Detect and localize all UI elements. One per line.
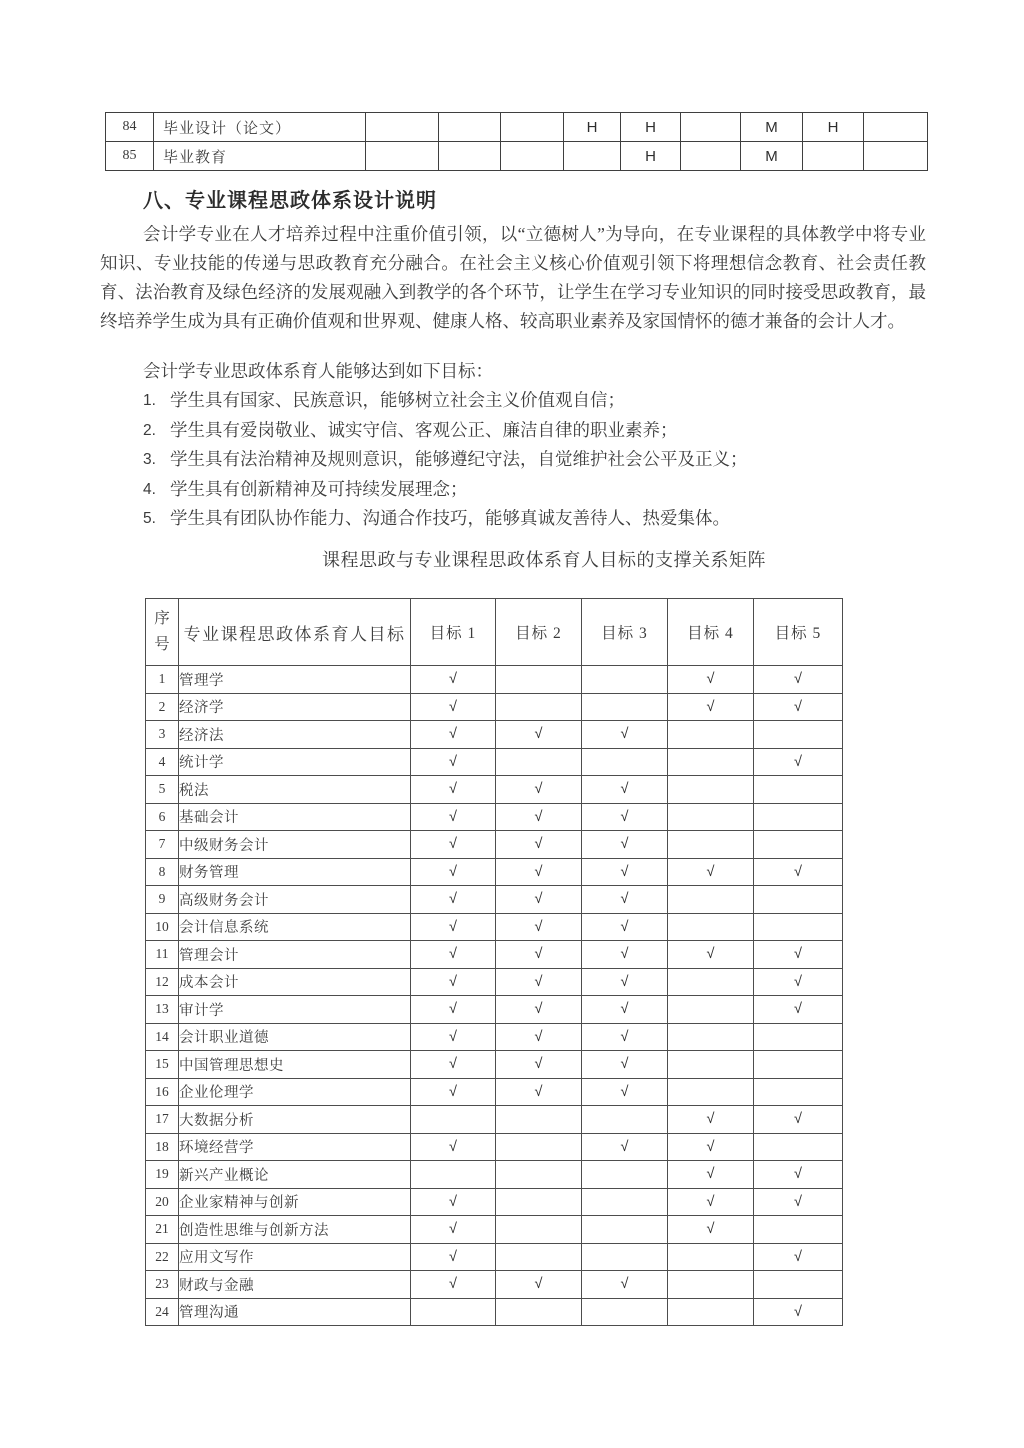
goal-check-cell: √ [582,721,668,749]
matrix-row: 7中级财务会计√√√ [146,831,843,859]
goal-check-cell: √ [411,1216,496,1244]
goal-empty-cell [582,1106,668,1134]
goal-check-cell: √ [582,1078,668,1106]
goal-empty-cell [582,693,668,721]
goal-empty-cell [668,913,754,941]
goal-check-cell: √ [496,941,582,969]
goal-empty-cell [496,748,582,776]
goal-empty-cell [496,1106,582,1134]
course-name: 创造性思维与创新方法 [179,1216,411,1244]
goal-check-cell: √ [411,968,496,996]
row-number: 1 [146,666,179,694]
goal-check-cell: √ [411,666,496,694]
empty-cell [681,142,741,171]
goal-empty-cell [496,1161,582,1189]
goal-check-cell: √ [754,1106,843,1134]
goal-check-cell: √ [754,1243,843,1271]
goal-empty-cell [754,886,843,914]
goal-text: 学生具有团队协作能力、沟通合作技巧，能够真诚友善待人、热爱集体。 [170,508,730,528]
header-goal-5: 目标 5 [754,599,843,666]
row-number: 4 [146,748,179,776]
matrix-row: 11管理会计√√√√√ [146,941,843,969]
goal-number: 4. [143,475,156,505]
goal-text: 学生具有爱岗敬业、诚实守信、客观公正、廉洁自律的职业素养； [170,420,678,440]
goal-check-cell: √ [754,1188,843,1216]
support-level-cell: H [621,142,681,171]
goal-check-cell: √ [668,941,754,969]
goal-empty-cell [668,748,754,776]
matrix-row: 10会计信息系统√√√ [146,913,843,941]
matrix-row: 9高级财务会计√√√ [146,886,843,914]
header-course-name: 专业课程思政体系育人目标 [179,599,411,666]
goal-check-cell: √ [496,1271,582,1299]
goal-empty-cell [754,1051,843,1079]
goal-number: 5. [143,504,156,534]
course-name: 会计职业道德 [179,1023,411,1051]
support-matrix-table: 序号 专业课程思政体系育人目标 目标 1 目标 2 目标 3 目标 4 目标 5… [145,598,843,1326]
row-number: 20 [146,1188,179,1216]
goal-check-cell: √ [496,721,582,749]
support-level-cell: H [621,113,681,142]
goal-check-cell: √ [411,1051,496,1079]
goal-item: 5.学生具有团队协作能力、沟通合作技巧，能够真诚友善待人、热爱集体。 [100,504,930,534]
row-number: 8 [146,858,179,886]
goal-empty-cell [754,803,843,831]
matrix-row: 14会计职业道德√√√ [146,1023,843,1051]
header-goal-1: 目标 1 [411,599,496,666]
row-number: 85 [106,142,154,171]
row-number: 22 [146,1243,179,1271]
goal-check-cell: √ [754,748,843,776]
body-paragraph: 会计学专业在人才培养过程中注重价值引领，以“立德树人”为导向，在专业课程的具体教… [100,220,926,336]
goal-check-cell: √ [411,721,496,749]
goal-check-cell: √ [411,1078,496,1106]
goal-empty-cell [754,1078,843,1106]
empty-cell [501,113,564,142]
course-name: 企业伦理学 [179,1078,411,1106]
goal-empty-cell [496,1243,582,1271]
goal-check-cell: √ [496,803,582,831]
goal-empty-cell [496,1188,582,1216]
matrix-row: 18环境经营学√√√ [146,1133,843,1161]
goal-check-cell: √ [754,996,843,1024]
goal-check-cell: √ [582,831,668,859]
matrix-row: 16企业伦理学√√√ [146,1078,843,1106]
goal-item: 1.学生具有国家、民族意识，能够树立社会主义价值观自信； [100,386,930,416]
empty-cell [864,113,928,142]
matrix-table-header: 序号 专业课程思政体系育人目标 目标 1 目标 2 目标 3 目标 4 目标 5 [146,599,843,666]
goal-check-cell: √ [754,1161,843,1189]
goal-check-cell: √ [668,666,754,694]
course-name: 环境经营学 [179,1133,411,1161]
goal-empty-cell [668,1078,754,1106]
goal-empty-cell [668,721,754,749]
goal-check-cell: √ [582,996,668,1024]
goal-check-cell: √ [496,831,582,859]
goal-number: 1. [143,386,156,416]
matrix-row: 4统计学√√ [146,748,843,776]
goal-check-cell: √ [668,858,754,886]
goal-empty-cell [496,693,582,721]
support-level-cell: H [564,113,621,142]
course-name: 毕业教育 [154,142,366,171]
course-name: 管理会计 [179,941,411,969]
row-number: 2 [146,693,179,721]
goal-item: 4.学生具有创新精神及可持续发展理念； [100,475,930,505]
goal-empty-cell [582,1298,668,1326]
matrix-table-body: 1管理学√√√2经济学√√√3经济法√√√4统计学√√5税法√√√6基础会计√√… [146,666,843,1326]
goal-empty-cell [668,886,754,914]
goal-number: 3. [143,445,156,475]
course-name: 大数据分析 [179,1106,411,1134]
goal-check-cell: √ [496,1051,582,1079]
goal-check-cell: √ [668,1161,754,1189]
goal-check-cell: √ [411,1271,496,1299]
goal-check-cell: √ [754,666,843,694]
row-number: 17 [146,1106,179,1134]
row-number: 3 [146,721,179,749]
goal-empty-cell [668,776,754,804]
goal-empty-cell [411,1106,496,1134]
goals-intro: 会计学专业思政体系育人能够达到如下目标： [143,357,493,386]
goal-check-cell: √ [411,748,496,776]
goal-check-cell: √ [582,1133,668,1161]
header-goal-2: 目标 2 [496,599,582,666]
goal-check-cell: √ [411,1243,496,1271]
goal-check-cell: √ [668,1216,754,1244]
goal-item: 2.学生具有爱岗敬业、诚实守信、客观公正、廉洁自律的职业素养； [100,416,930,446]
goal-check-cell: √ [411,858,496,886]
empty-cell [803,142,864,171]
row-number: 11 [146,941,179,969]
goal-check-cell: √ [668,693,754,721]
document-page: 84毕业设计（论文）HHMH85毕业教育HM 八、专业课程思政体系设计说明 会计… [0,0,1024,1448]
goal-check-cell: √ [582,913,668,941]
header-goal-4: 目标 4 [668,599,754,666]
support-level-cell: H [803,113,864,142]
goal-empty-cell [754,1216,843,1244]
empty-cell [564,142,621,171]
goal-check-cell: √ [411,886,496,914]
matrix-row: 8财务管理√√√√√ [146,858,843,886]
course-name: 经济学 [179,693,411,721]
goal-empty-cell [668,1271,754,1299]
matrix-row: 13审计学√√√√ [146,996,843,1024]
matrix-header-row: 序号 专业课程思政体系育人目标 目标 1 目标 2 目标 3 目标 4 目标 5 [146,599,843,666]
goal-check-cell: √ [496,886,582,914]
row-number: 14 [146,1023,179,1051]
goal-empty-cell [668,968,754,996]
course-name: 统计学 [179,748,411,776]
course-name: 审计学 [179,996,411,1024]
empty-cell [366,142,439,171]
goal-check-cell: √ [496,1078,582,1106]
support-level-cell: M [741,142,803,171]
goal-check-cell: √ [411,776,496,804]
course-name: 高级财务会计 [179,886,411,914]
goal-empty-cell [754,913,843,941]
goal-empty-cell [496,1216,582,1244]
goal-check-cell: √ [496,776,582,804]
goal-item: 3.学生具有法治精神及规则意识，能够遵纪守法，自觉维护社会公平及正义； [100,445,930,475]
row-number: 19 [146,1161,179,1189]
goal-empty-cell [754,1133,843,1161]
matrix-row: 1管理学√√√ [146,666,843,694]
goal-empty-cell [754,1023,843,1051]
summary-row: 84毕业设计（论文）HHMH [106,113,928,142]
empty-cell [439,113,501,142]
row-number: 84 [106,113,154,142]
goal-check-cell: √ [496,996,582,1024]
goal-empty-cell [754,831,843,859]
goal-check-cell: √ [582,858,668,886]
matrix-row: 3经济法√√√ [146,721,843,749]
goal-check-cell: √ [754,693,843,721]
matrix-row: 2经济学√√√ [146,693,843,721]
goal-check-cell: √ [754,968,843,996]
goal-check-cell: √ [754,941,843,969]
course-name: 财政与金融 [179,1271,411,1299]
row-number: 15 [146,1051,179,1079]
goal-check-cell: √ [668,1106,754,1134]
goal-empty-cell [411,1298,496,1326]
goal-check-cell: √ [582,968,668,996]
goal-empty-cell [668,1298,754,1326]
empty-cell [366,113,439,142]
goal-check-cell: √ [411,1133,496,1161]
header-序号: 序号 [146,599,179,666]
matrix-row: 20企业家精神与创新√√√ [146,1188,843,1216]
goal-check-cell: √ [582,776,668,804]
goal-empty-cell [582,1216,668,1244]
course-name: 基础会计 [179,803,411,831]
goal-empty-cell [496,1133,582,1161]
course-name: 应用文写作 [179,1243,411,1271]
course-name: 成本会计 [179,968,411,996]
course-name: 中级财务会计 [179,831,411,859]
goal-check-cell: √ [754,858,843,886]
support-level-cell: M [741,113,803,142]
goal-check-cell: √ [582,1271,668,1299]
row-number: 5 [146,776,179,804]
row-number: 16 [146,1078,179,1106]
course-name: 管理沟通 [179,1298,411,1326]
goal-check-cell: √ [496,913,582,941]
empty-cell [864,142,928,171]
goal-check-cell: √ [411,941,496,969]
goal-check-cell: √ [411,1023,496,1051]
summary-row: 85毕业教育HM [106,142,928,171]
row-number: 6 [146,803,179,831]
goal-check-cell: √ [668,1133,754,1161]
goal-check-cell: √ [754,1298,843,1326]
row-number: 18 [146,1133,179,1161]
goal-empty-cell [668,1243,754,1271]
matrix-row: 17大数据分析√√ [146,1106,843,1134]
goal-empty-cell [668,1023,754,1051]
goal-empty-cell [668,831,754,859]
matrix-row: 5税法√√√ [146,776,843,804]
goal-empty-cell [668,803,754,831]
course-name: 税法 [179,776,411,804]
course-name: 中国管理思想史 [179,1051,411,1079]
row-number: 23 [146,1271,179,1299]
course-name: 管理学 [179,666,411,694]
goal-empty-cell [754,1271,843,1299]
goal-check-cell: √ [582,1051,668,1079]
goal-check-cell: √ [411,996,496,1024]
course-name: 财务管理 [179,858,411,886]
goal-check-cell: √ [411,1188,496,1216]
goal-check-cell: √ [582,886,668,914]
goal-empty-cell [582,1243,668,1271]
course-name: 会计信息系统 [179,913,411,941]
matrix-row: 12成本会计√√√√ [146,968,843,996]
row-number: 13 [146,996,179,1024]
row-number: 24 [146,1298,179,1326]
course-support-summary-table: 84毕业设计（论文）HHMH85毕业教育HM [105,112,928,171]
goal-check-cell: √ [411,913,496,941]
summary-table-body: 84毕业设计（论文）HHMH85毕业教育HM [106,113,928,171]
goal-empty-cell [496,1298,582,1326]
goal-check-cell: √ [496,968,582,996]
goal-check-cell: √ [411,803,496,831]
matrix-row: 19新兴产业概论√√ [146,1161,843,1189]
goal-empty-cell [582,1188,668,1216]
goal-check-cell: √ [582,1023,668,1051]
goal-empty-cell [582,666,668,694]
goal-empty-cell [582,748,668,776]
goal-check-cell: √ [411,831,496,859]
matrix-row: 6基础会计√√√ [146,803,843,831]
goal-check-cell: √ [668,1188,754,1216]
goal-empty-cell [668,996,754,1024]
row-number: 12 [146,968,179,996]
goal-empty-cell [754,776,843,804]
course-name: 新兴产业概论 [179,1161,411,1189]
matrix-title: 课程思政与专业课程思政体系育人目标的支撑关系矩阵 [322,546,766,572]
goal-number: 2. [143,416,156,446]
goal-empty-cell [582,1161,668,1189]
goal-text: 学生具有国家、民族意识，能够树立社会主义价值观自信； [170,390,625,410]
header-goal-3: 目标 3 [582,599,668,666]
goal-empty-cell [754,721,843,749]
row-number: 10 [146,913,179,941]
empty-cell [681,113,741,142]
goal-check-cell: √ [411,693,496,721]
goal-check-cell: √ [496,858,582,886]
matrix-row: 15中国管理思想史√√√ [146,1051,843,1079]
header-num-label: 序号 [154,606,170,658]
row-number: 7 [146,831,179,859]
course-name: 经济法 [179,721,411,749]
row-number: 9 [146,886,179,914]
goal-check-cell: √ [582,803,668,831]
goal-empty-cell [668,1051,754,1079]
goals-list: 1.学生具有国家、民族意识，能够树立社会主义价值观自信；2.学生具有爱岗敬业、诚… [100,386,930,534]
goal-check-cell: √ [496,1023,582,1051]
row-number: 21 [146,1216,179,1244]
course-name: 毕业设计（论文） [154,113,366,142]
section-heading: 八、专业课程思政体系设计说明 [143,184,437,213]
goal-empty-cell [411,1161,496,1189]
matrix-row: 23财政与金融√√√ [146,1271,843,1299]
goal-empty-cell [496,666,582,694]
goal-text: 学生具有法治精神及规则意识，能够遵纪守法，自觉维护社会公平及正义； [170,449,748,469]
matrix-row: 21创造性思维与创新方法√√ [146,1216,843,1244]
goal-check-cell: √ [582,941,668,969]
empty-cell [501,142,564,171]
course-name: 企业家精神与创新 [179,1188,411,1216]
goal-text: 学生具有创新精神及可持续发展理念； [170,479,468,499]
matrix-row: 22应用文写作√√ [146,1243,843,1271]
empty-cell [439,142,501,171]
matrix-row: 24管理沟通√ [146,1298,843,1326]
